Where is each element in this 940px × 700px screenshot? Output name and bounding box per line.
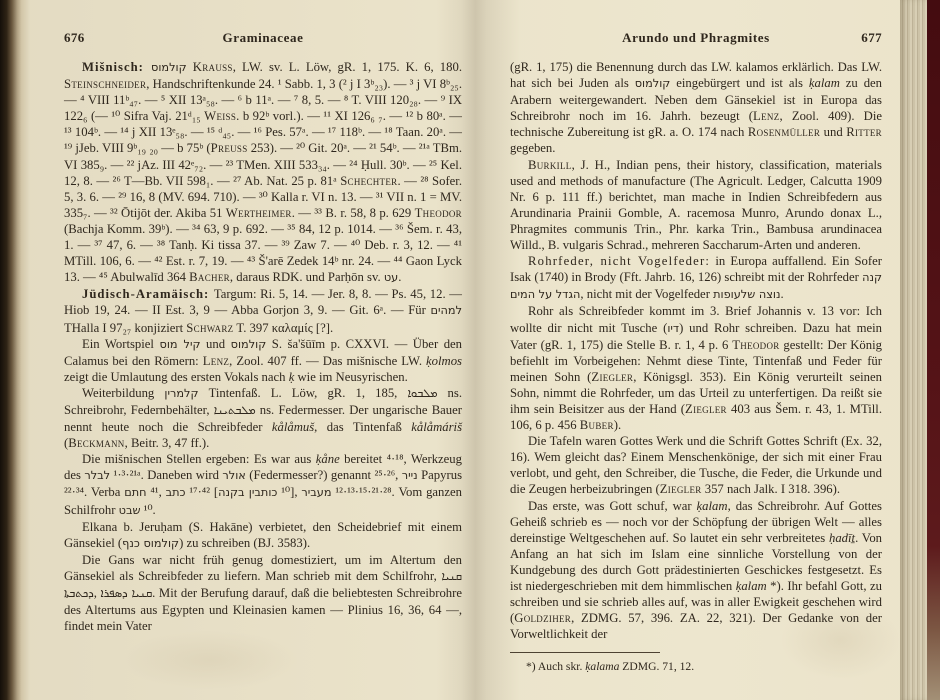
text-run: ¹⁷·⁴² [ bbox=[186, 485, 219, 499]
text-run-he: חתם bbox=[124, 486, 146, 499]
text-run-sc: Weiss bbox=[204, 109, 236, 123]
text-run: wie im Neusyrischen. bbox=[294, 370, 407, 384]
text-run-i: ḳalam bbox=[809, 76, 840, 90]
text-run-he: קולמוס bbox=[635, 77, 671, 90]
text-run: , Zool. 407 ff. — Das mišnische LW. bbox=[229, 354, 426, 368]
text-run-i: ḳalama bbox=[585, 660, 619, 673]
text-run: , nicht mit der Vogelfeder bbox=[580, 287, 713, 301]
text-run: Das erste, was Gott schuf, war bbox=[528, 499, 697, 513]
paragraph: Die mišnischen Stellen ergeben: Es war a… bbox=[64, 451, 462, 518]
paragraph: (gR. 1, 175) die Benennung durch das LW.… bbox=[510, 59, 882, 157]
text-run: , daraus RDK. und Parḥōn sv. bbox=[230, 270, 384, 284]
text-run: ¹⁰. bbox=[141, 503, 156, 517]
text-run-sc: Krauss bbox=[193, 60, 233, 74]
text-run: Die mišnischen Stellen ergeben: Es war a… bbox=[82, 452, 316, 466]
text-run-sy: ܡܠܒܬܝܢܐ bbox=[214, 404, 256, 417]
text-run: und bbox=[820, 125, 846, 139]
text-run: zeigt die Umlautung des ersten Vokals na… bbox=[64, 370, 289, 384]
text-run-sp: Mišnisch: bbox=[82, 60, 151, 74]
right-running-head: Arundo und Phragmites 677 bbox=[510, 30, 882, 46]
text-run-i: ḳolmos bbox=[426, 354, 462, 368]
text-run-he: עט bbox=[384, 271, 398, 284]
text-run-he: לבלר bbox=[84, 469, 110, 482]
text-run-sc: Steinschneider bbox=[64, 77, 146, 91]
text-run-sc: Lenz bbox=[753, 109, 779, 123]
text-run-sc: Ziegler bbox=[591, 370, 633, 384]
text-run: ZDMG. 71, 12. bbox=[619, 660, 694, 673]
text-run-i: ḳalam bbox=[697, 499, 728, 513]
text-run-sc: Goldziher bbox=[514, 611, 571, 625]
text-run-he: אולר bbox=[222, 469, 245, 482]
paper-stain bbox=[120, 630, 300, 690]
text-run-sc: Schwarz bbox=[186, 321, 233, 335]
text-run: , das Tintenfaß bbox=[314, 420, 411, 434]
paragraph: Mišnisch: קולמוס Krauss, LW. sv. L. Löw,… bbox=[64, 59, 462, 286]
footnote: *) Auch skr. ḳalama ZDMG. 71, 12. bbox=[510, 659, 882, 674]
text-run: ). bbox=[614, 418, 621, 432]
paragraph: Ein Wortspiel קיל מוס und קולמוס S. ša'š… bbox=[64, 336, 462, 385]
text-run-sc: Ritter bbox=[846, 125, 882, 139]
text-run-he: כתב bbox=[166, 486, 186, 499]
text-run-he: קלמרין bbox=[164, 387, 198, 400]
text-run: , LW. sv. L. Löw, gR. 1, 175. K. 6, 180. bbox=[233, 60, 462, 74]
text-run-sc: Schechter bbox=[340, 174, 397, 188]
text-run: 357 nach Jalk. I 318. 396). bbox=[702, 482, 840, 496]
text-run: Die Gans war nicht früh genug domestizie… bbox=[64, 553, 462, 583]
paragraph: Jüdisch-Aramäisch: Targum: Ri. 5, 14. — … bbox=[64, 286, 462, 335]
text-run-sc: Lenz bbox=[203, 354, 229, 368]
text-run-g: Rohrfeder, nicht Vogelfeder: bbox=[528, 254, 710, 268]
text-run: T. 397 καλαμίς [?]. bbox=[233, 321, 333, 335]
paragraph: Die Tafeln waren Gottes Werk und die Sch… bbox=[510, 433, 882, 497]
right-running-title: Arundo und Phragmites bbox=[554, 30, 838, 46]
text-run-sc: Theodor bbox=[732, 338, 779, 352]
text-run-sc: Rosenmüller bbox=[748, 125, 820, 139]
text-run: , bbox=[94, 586, 101, 600]
text-run: ⁴¹, bbox=[147, 485, 166, 499]
left-running-title: Graminaceae bbox=[108, 30, 418, 46]
right-page: Arundo und Phragmites 677 (gR. 1, 175) d… bbox=[510, 30, 882, 674]
text-run-sc: Bacher bbox=[189, 270, 230, 284]
text-run-i: kålåmáriš bbox=[411, 420, 462, 434]
text-run-he: קולמוס bbox=[151, 61, 187, 74]
text-run: Weiterbildung bbox=[82, 386, 164, 400]
text-run: (Federmesser?) genannt ²⁵·²⁶, bbox=[246, 468, 402, 482]
text-run-sp: Jüdisch-Aramäisch: bbox=[82, 287, 214, 301]
text-run-sc: Preuss bbox=[211, 141, 248, 155]
text-run: ) zu schreiben (BJ. 3583). bbox=[179, 536, 310, 550]
text-run-sc: Ziegler bbox=[685, 402, 727, 416]
spine-shadow bbox=[0, 0, 30, 700]
footnote-rule bbox=[510, 652, 660, 653]
text-run: eingebürgert und ist als bbox=[670, 76, 809, 90]
text-run-he: מעביר bbox=[301, 486, 331, 499]
text-run: . bbox=[781, 287, 784, 301]
text-run-sc: Ziegler bbox=[660, 482, 702, 496]
right-page-body: (gR. 1, 175) die Benennung durch das LW.… bbox=[510, 59, 882, 642]
right-page-number: 677 bbox=[838, 30, 882, 46]
text-run-sy: ܩܢܝܐ ܕܣܦܪܐ bbox=[101, 587, 153, 600]
text-run: ¹⁰], bbox=[277, 485, 301, 499]
text-run-sc: Buber bbox=[580, 418, 614, 432]
left-page: 676 Graminaceae Mišnisch: קולמוס Krauss,… bbox=[64, 30, 462, 634]
left-running-head: 676 Graminaceae bbox=[64, 30, 462, 46]
text-run-he: נוצה שלעופות bbox=[713, 288, 780, 301]
text-run-i: ḳåne bbox=[316, 452, 340, 466]
text-run-sc: Theodor bbox=[415, 206, 462, 220]
text-run: gegeben. bbox=[510, 141, 555, 155]
paragraph: Burkill, J. H., Indian pens, their histo… bbox=[510, 157, 882, 254]
paragraph: Elkana b. Jeruḥam (S. Hakāne) verbietet,… bbox=[64, 519, 462, 552]
text-run-sc: Beckmann bbox=[68, 436, 124, 450]
text-run-he: קולמוס bbox=[231, 338, 267, 351]
paragraph: Die Gans war nicht früh genug domestizie… bbox=[64, 552, 462, 634]
text-run-sc: Burkill bbox=[528, 158, 572, 172]
paragraph: Weiterbildung קלמרין Tintenfaß. L. Löw, … bbox=[64, 385, 462, 451]
text-run: THalla I 97₂₇ konjiziert bbox=[64, 321, 186, 335]
paragraph: Rohrfeder, nicht Vogelfeder: in Europa a… bbox=[510, 253, 882, 303]
text-run: und bbox=[201, 337, 231, 351]
book-cover-edge bbox=[927, 0, 940, 700]
text-run-he: למהים bbox=[431, 304, 463, 317]
left-page-number: 676 bbox=[64, 30, 108, 46]
text-run-i: ḳalam bbox=[736, 579, 767, 593]
text-run: *) Auch skr. bbox=[526, 660, 585, 673]
text-run-he: שבט bbox=[119, 504, 141, 517]
text-run-he: קיל מוס bbox=[160, 338, 201, 351]
text-run-i: kålåmuš bbox=[272, 420, 314, 434]
text-run: , Beitr. 3, 47 ff.). bbox=[125, 436, 210, 450]
book-spread: 676 Graminaceae Mišnisch: קולמוס Krauss,… bbox=[0, 0, 940, 700]
text-run-i: ḥadīṯ bbox=[829, 531, 855, 545]
text-run: ¹·³·²¹ᵃ. Daneben wird bbox=[110, 468, 222, 482]
text-run: Tintenfaß. L. Löw, gR. 1, 185, bbox=[198, 386, 407, 400]
text-run-sy: ܡܠܒܘܐ bbox=[407, 387, 437, 400]
text-run-he: כותבין בקנה bbox=[218, 486, 277, 499]
text-run: Ein Wortspiel bbox=[82, 337, 160, 351]
text-run-he: קולמוס כנף bbox=[122, 537, 179, 550]
text-run-he: דיו bbox=[667, 322, 679, 335]
paragraph: Rohr als Schreibfeder kommt im 3. Brief … bbox=[510, 303, 882, 433]
text-run: . — ³³ B. r. 58, 8 p. 629 bbox=[292, 206, 415, 220]
paragraph: Das erste, was Gott schuf, war ḳalam, da… bbox=[510, 498, 882, 643]
text-run-sc: Wertheimer bbox=[226, 206, 292, 220]
text-run: . bbox=[398, 270, 401, 284]
left-page-body: Mišnisch: קולמוס Krauss, LW. sv. L. Löw,… bbox=[64, 59, 462, 634]
text-run-he: נייר bbox=[402, 469, 418, 482]
